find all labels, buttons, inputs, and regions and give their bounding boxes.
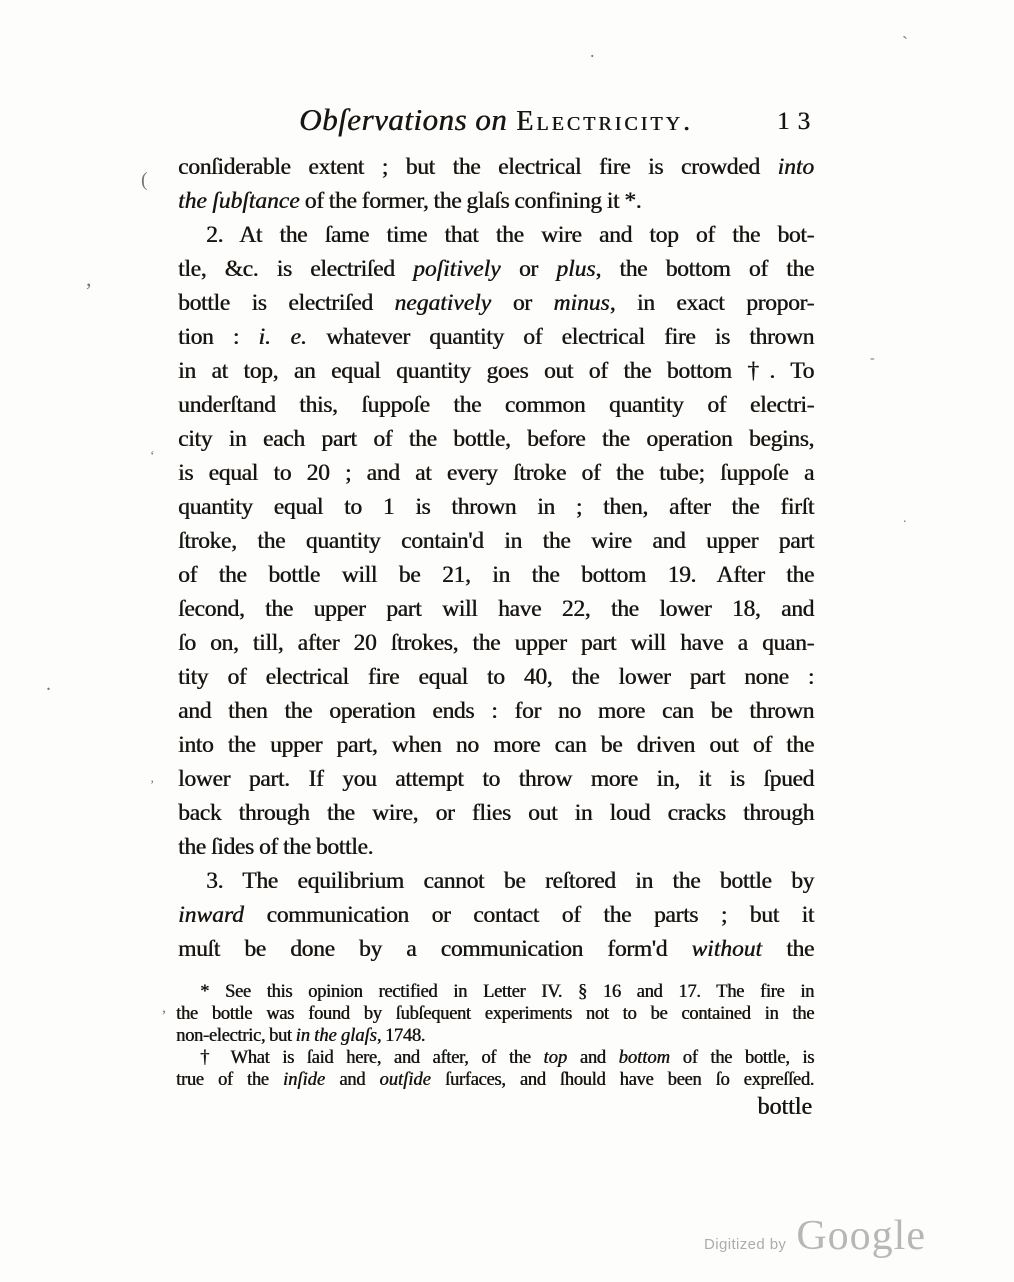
text-line: ſecond, the upper part will have 22, the… (178, 593, 814, 627)
text-line: in at top, an equal quantity goes out of… (178, 355, 814, 389)
italic-text-run: poſitively (413, 256, 500, 282)
scan-artifact: ’ (150, 778, 154, 791)
text-run: 2. At the ſame time that the wire and to… (206, 222, 814, 248)
text-run: ſo on, till, after 20 ſtrokes, the upper… (178, 630, 814, 656)
scan-artifact: ‘ (150, 450, 155, 464)
text-run: tle, &c. is electriſed (178, 256, 413, 282)
text-run: the bottle was found by ſubſequent exper… (176, 1004, 814, 1024)
scan-artifact: . (46, 674, 51, 694)
text-line: true of the inſide and outſide ſurfaces,… (176, 1070, 814, 1092)
text-line: underſtand this, ſuppoſe the common quan… (178, 389, 814, 423)
scan-artifact: , (86, 268, 92, 290)
text-run: ſurfaces, and ſhould have been ſo expreſ… (431, 1070, 814, 1090)
text-run: , in exact propor- (610, 290, 814, 316)
text-run: bottle is electriſed (178, 290, 394, 316)
text-run: lower part. If you attempt to throw more… (178, 766, 814, 792)
italic-text-run: negatively (394, 290, 491, 316)
text-run: ſecond, the upper part will have 22, the… (178, 596, 814, 622)
text-line: † What is ſaid here, and after, of the t… (176, 1048, 814, 1070)
text-line: tion : i. e. whatever quantity of electr… (178, 321, 814, 355)
text-run: underſtand this, ſuppoſe the common quan… (178, 392, 814, 418)
text-run: of the bottle will be 21, in the bottom … (178, 562, 814, 588)
text-run: tion : (178, 324, 258, 350)
scan-artifact: ` (902, 34, 908, 52)
text-line: ſtroke, the quantity contain'd in the wi… (178, 525, 814, 559)
text-run: conſiderable extent ; but the electrical… (178, 154, 777, 180)
text-line: the bottle was found by ſubſequent exper… (176, 1004, 814, 1026)
text-run: , 1748. (377, 1026, 425, 1046)
text-run: or (500, 256, 556, 282)
page-number: 13 (777, 108, 818, 136)
text-line: 3. The equilibrium cannot be reſtored in… (178, 865, 814, 899)
text-line: * See this opinion rectified in Letter I… (176, 982, 814, 1004)
text-run: or (491, 290, 553, 316)
text-run: in at top, an equal quantity goes out of… (178, 358, 814, 384)
google-logo: Google (796, 1212, 926, 1260)
text-run: the ſides of the bottle. (178, 834, 373, 860)
text-run: 3. The equilibrium cannot be reſtored in… (206, 868, 814, 894)
text-line: quantity equal to 1 is thrown in ; then,… (178, 491, 814, 525)
text-run: and (325, 1070, 379, 1090)
text-run: city in each part of the bottle, before … (178, 426, 814, 452)
italic-text-run: minus (553, 290, 609, 316)
text-run: is equal to 20 ; and at every ſtroke of … (178, 460, 814, 486)
text-run: and then the operation ends : for no mor… (178, 698, 814, 724)
italic-text-run: outſide (379, 1070, 430, 1090)
scan-artifact: - (870, 352, 875, 366)
book-page-scan: Obſervations onElectricity. 13 conſidera… (0, 0, 1014, 1282)
text-run: † What is ſaid here, and after, of the (200, 1048, 543, 1068)
text-run: true of the (176, 1070, 283, 1090)
text-run: , the bottom of the (595, 256, 814, 282)
italic-text-run: bottom (618, 1048, 669, 1068)
text-run: the (762, 936, 814, 962)
text-run: communication or contact of the parts ; … (244, 902, 814, 928)
text-run: and (567, 1048, 618, 1068)
text-line: of the bottle will be 21, in the bottom … (178, 559, 814, 593)
digitization-watermark: Digitized by Google (704, 1212, 926, 1260)
text-line: bottle is electriſed negatively or minus… (178, 287, 814, 321)
text-line: ſo on, till, after 20 ſtrokes, the upper… (178, 627, 814, 661)
text-line: inward communication or contact of the p… (178, 899, 814, 933)
text-line: muſt be done by a communication form'd w… (178, 933, 814, 967)
text-run: into the upper part, when no more can be… (178, 732, 814, 758)
text-run: back through the wire, or flies out in l… (178, 800, 814, 826)
italic-text-run: inſide (283, 1070, 325, 1090)
italic-text-run: into (777, 154, 814, 180)
italic-text-run: plus (556, 256, 595, 282)
italic-text-run: top (543, 1048, 567, 1068)
text-run: of the bottle, is (670, 1048, 814, 1068)
running-title-italic: Obſervations on (299, 102, 507, 137)
scan-artifact: ( (141, 170, 148, 190)
digitized-by-label: Digitized by (704, 1236, 786, 1253)
text-line: is equal to 20 ; and at every ſtroke of … (178, 457, 814, 491)
text-line: tity of electrical fire equal to 40, the… (178, 661, 814, 695)
text-run: quantity equal to 1 is thrown in ; then,… (178, 494, 814, 520)
text-run: muſt be done by a communication form'd (178, 936, 691, 962)
scan-artifact: . (590, 42, 595, 60)
italic-text-run: inward (178, 902, 244, 928)
text-run: whatever quantity of electrical fire is … (307, 324, 814, 350)
text-run: tity of electrical fire equal to 40, the… (178, 664, 814, 690)
text-run: * See this opinion rectified in Letter I… (200, 982, 814, 1002)
footnotes: * See this opinion rectified in Letter I… (176, 982, 814, 1092)
italic-text-run: in the glaſs (295, 1026, 376, 1046)
running-title-smallcaps: Electricity. (516, 106, 693, 137)
scan-artifact: . (903, 512, 907, 526)
text-line: city in each part of the bottle, before … (178, 423, 814, 457)
catchword: bottle (757, 1094, 812, 1121)
body-text: conſiderable extent ; but the electrical… (178, 151, 814, 967)
text-line: 2. At the ſame time that the wire and to… (178, 219, 814, 253)
text-line: lower part. If you attempt to throw more… (178, 763, 814, 797)
italic-text-run: without (691, 936, 762, 962)
text-line: back through the wire, or flies out in l… (178, 797, 814, 831)
text-run: ſtroke, the quantity contain'd in the wi… (178, 528, 814, 554)
italic-text-run: the ſubſtance (178, 188, 300, 214)
text-run: of the former, the glaſs confining it *. (300, 188, 642, 214)
text-run: non-electric, but (176, 1026, 295, 1046)
text-line: and then the operation ends : for no mor… (178, 695, 814, 729)
text-line: into the upper part, when no more can be… (178, 729, 814, 763)
running-title: Obſervations onElectricity. (299, 102, 693, 138)
text-line: tle, &c. is electriſed poſitively or plu… (178, 253, 814, 287)
italic-text-run: i. e. (258, 324, 306, 350)
scan-artifact: , (162, 1000, 166, 1016)
text-line: conſiderable extent ; but the electrical… (178, 151, 814, 185)
page-header: Obſervations onElectricity. 13 (178, 102, 814, 150)
